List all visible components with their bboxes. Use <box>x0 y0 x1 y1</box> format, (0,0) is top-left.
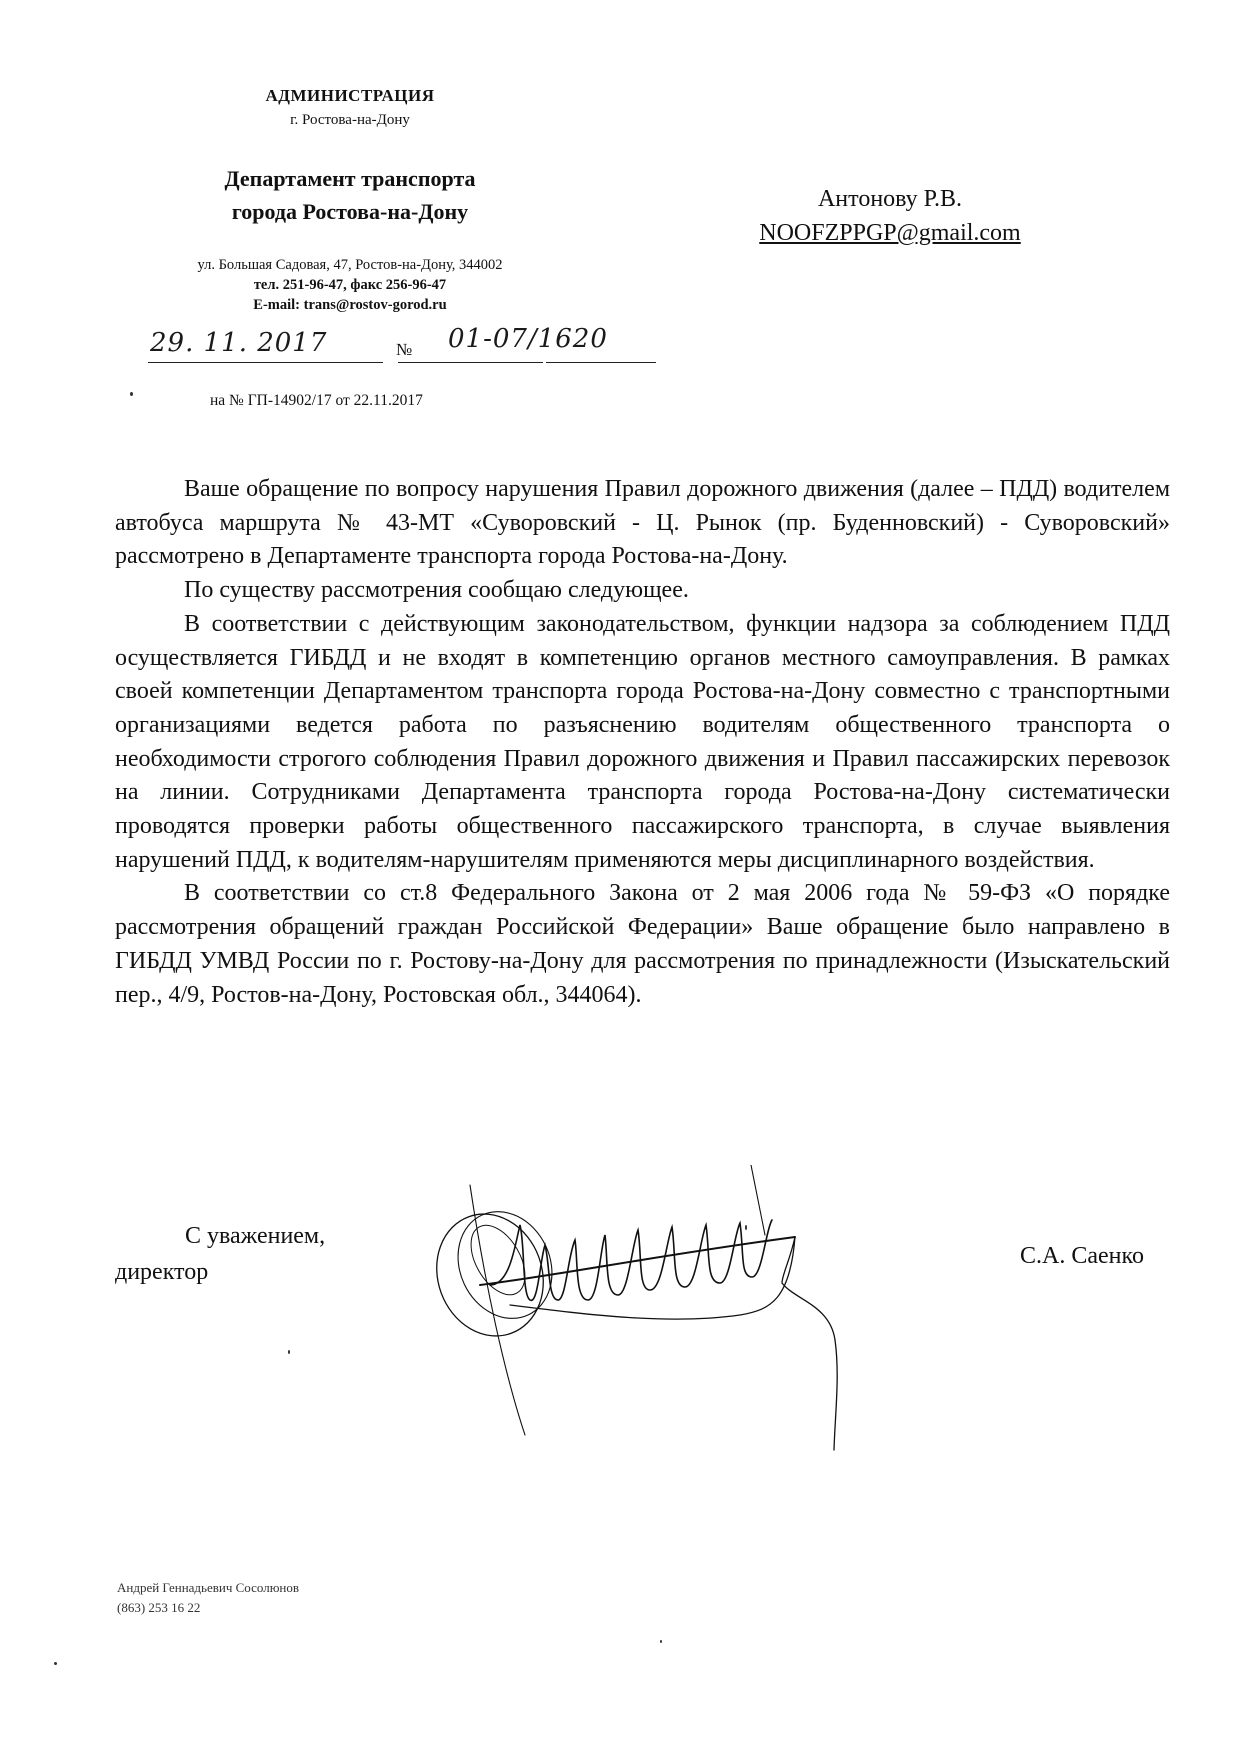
scan-speck <box>130 392 133 396</box>
closing-block: С уважением, директор <box>115 1218 325 1290</box>
handwritten-signature-icon <box>410 1165 880 1465</box>
date-underline-extension <box>398 362 543 363</box>
letterhead-address: ул. Большая Садовая, 47, Ростов-на-Дону,… <box>130 255 570 275</box>
body-paragraph: Ваше обращение по вопросу нарушения Прав… <box>115 473 1170 574</box>
registration-date: 29. 11. 2017 <box>150 328 327 358</box>
addressee-email[interactable]: NOOFZPPGP@gmail.com <box>700 216 1080 250</box>
letterhead-department: Департамент транспорта города Ростова-на… <box>150 162 550 228</box>
letter-page: АДМИНИСТРАЦИЯ г. Ростова-на-Дону Департа… <box>0 0 1240 1753</box>
letter-body: Ваше обращение по вопросу нарушения Прав… <box>115 473 1170 1012</box>
registration-line: 29. 11. 2017 № 01-07/1620 <box>148 328 628 368</box>
executor-phone: (863) 253 16 22 <box>117 1598 299 1618</box>
signer-name: С.А. Саенко <box>1020 1243 1144 1270</box>
letterhead-email: E-mail: trans@rostov-gorod.ru <box>130 295 570 315</box>
body-paragraph: По существу рассмотрения сообщаю следующ… <box>115 574 1170 608</box>
addressee-block: Антонову Р.В. NOOFZPPGP@gmail.com <box>700 182 1080 250</box>
body-paragraph: В соответствии с действующим законодател… <box>115 608 1170 878</box>
letterhead-contacts: ул. Большая Садовая, 47, Ростов-на-Дону,… <box>130 255 570 315</box>
scan-speck <box>288 1350 290 1354</box>
addressee-name: Антонову Р.В. <box>700 182 1080 216</box>
number-label: № <box>396 340 412 360</box>
registration-number: 01-07/1620 <box>448 324 608 354</box>
letterhead-phones: тел. 251-96-47, факс 256-96-47 <box>130 275 570 295</box>
department-line-1: Департамент транспорта <box>150 162 550 195</box>
scan-speck <box>745 1225 747 1230</box>
executor-name: Андрей Геннадьевич Сосолюнов <box>117 1578 299 1598</box>
closing-greeting: С уважением, <box>115 1218 325 1254</box>
department-line-2: города Ростова-на-Дону <box>150 195 550 228</box>
executor-footer: Андрей Геннадьевич Сосолюнов (863) 253 1… <box>117 1578 299 1618</box>
scan-speck <box>660 1640 662 1643</box>
reference-line: на № ГП-14902/17 от 22.11.2017 <box>210 392 423 410</box>
letterhead-admin: АДМИНИСТРАЦИЯ <box>150 86 550 106</box>
body-paragraph: В соответствии со ст.8 Федерального Зако… <box>115 877 1170 1012</box>
scan-speck <box>54 1662 57 1665</box>
number-underline <box>546 362 656 363</box>
signer-position: директор <box>115 1259 208 1285</box>
letterhead-city: г. Ростова-на-Дону <box>150 112 550 129</box>
date-underline <box>148 362 383 363</box>
